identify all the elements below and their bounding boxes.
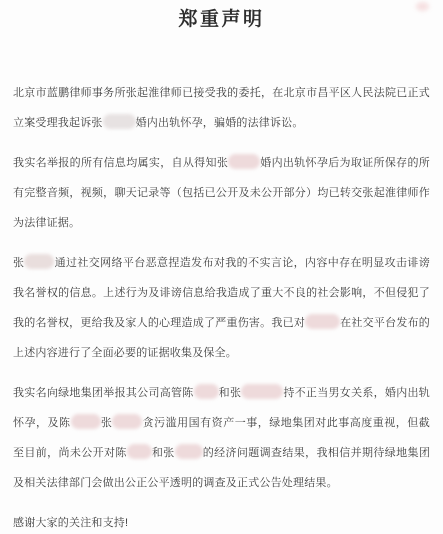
statement-document: 郑重声明 北京市蓝鹏律师事务所张起淮律师已接受我的委托，在北京市昌平区人民法院已… (0, 0, 443, 534)
paragraph: 北京市蓝鹏律师事务所张起淮律师已接受我的委托，在北京市昌平区人民法院已正式立案受… (13, 78, 430, 138)
redaction-blur (228, 154, 260, 169)
text-run: 我实名向绿地集团举报其公司高管陈 (13, 387, 194, 399)
page-title: 郑重声明 (13, 6, 430, 34)
redaction-smudge (416, 2, 429, 11)
text-run: 张 (101, 417, 113, 429)
paragraph: 我实名向绿地集团举报其公司高管陈和张持不正当男女关系，婚内出轨怀孕，及陈张贪污滥… (13, 378, 430, 498)
redaction-blur (305, 314, 340, 329)
redaction-blur (194, 384, 219, 399)
paragraph: 我实名举报的所有信息均属实，自从得知张婚内出轨怀孕后为取证所保存的所有完整音频，… (13, 148, 430, 238)
paragraph: 张通过社交网络平台恶意捏造发布对我的不实言论，内容中存在明显攻击诽谤我名誉权的信… (13, 248, 430, 368)
redaction-blur (24, 254, 54, 269)
text-run: 婚内出轨怀孕，骗婚的法律诉讼。 (136, 117, 304, 129)
text-run: 和张 (152, 447, 175, 459)
redaction-blur (175, 444, 203, 459)
redaction-blur (71, 414, 101, 429)
redaction-blur (112, 414, 142, 429)
text-run: 我实名举报的所有信息均属实，自从得知张 (13, 157, 228, 169)
redaction-blur (241, 384, 283, 399)
text-run: 感谢大家的关注和支持! (13, 517, 128, 529)
text-run: 和张 (219, 387, 242, 399)
text-run: 张 (13, 257, 24, 269)
redaction-blur (103, 114, 136, 129)
paragraph: 感谢大家的关注和支持! (13, 508, 430, 534)
redaction-blur (127, 444, 152, 459)
statement-body: 北京市蓝鹏律师事务所张起淮律师已接受我的委托，在北京市昌平区人民法院已正式立案受… (13, 78, 430, 534)
